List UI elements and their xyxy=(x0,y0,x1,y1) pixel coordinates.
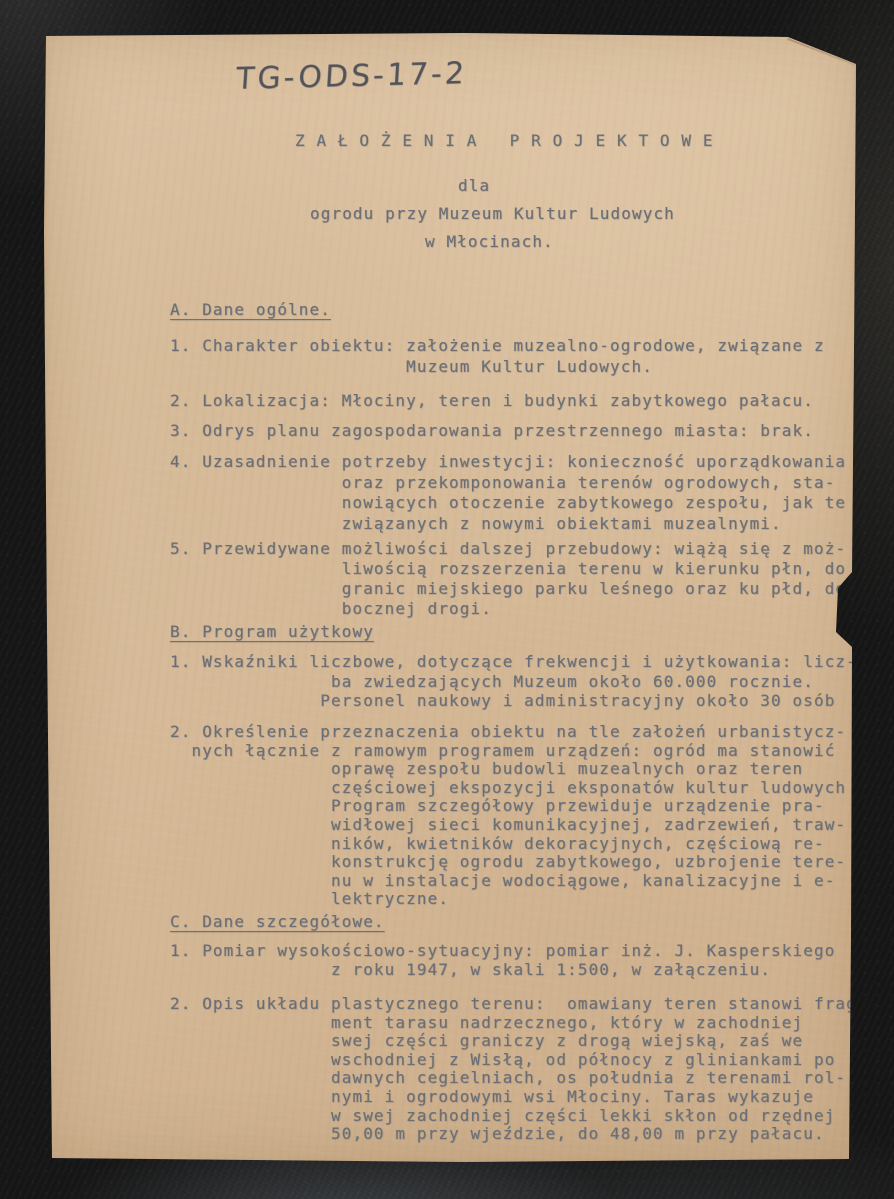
section-a-item-2: 2. Lokalizacja: Młociny, teren i budynki… xyxy=(170,391,814,410)
archival-reference-annotation: TG-ODS-17-2 xyxy=(235,56,468,97)
section-c-item-2: 2. Opis układu plastycznego terenu: omaw… xyxy=(170,995,857,1144)
title-preposition: dla xyxy=(458,176,490,195)
section-c-item-1: 1. Pomiar wysokościowo-sytuacyjny: pomia… xyxy=(170,941,835,979)
section-a-item-4: 4. Uzasadnienie potrzeby inwestycji: kon… xyxy=(170,452,846,534)
section-a-heading: A. Dane ogólne. xyxy=(170,300,331,319)
section-c-heading: C. Dane szczegółowe. xyxy=(170,912,385,931)
title-subject: ogrodu przy Muzeum Kultur Ludowych xyxy=(310,204,675,223)
title-place: w Młocinach. xyxy=(425,232,554,251)
section-b-item-2: 2. Określenie przeznaczenia obiektu na t… xyxy=(170,723,846,909)
section-b-item-1: 1. Wskaźniki liczbowe, dotyczące frekwen… xyxy=(170,652,857,711)
section-a-item-3: 3. Odrys planu zagospodarowania przestrz… xyxy=(170,421,814,440)
section-b-heading: B. Program użytkowy xyxy=(170,622,374,641)
scanned-document-view: { "palette": { "paper": "#d8bd9c", "ink"… xyxy=(0,0,894,1199)
document-title: Z A Ł O Ż E N I A P R O J E K T O W E xyxy=(295,131,714,150)
section-a-item-1: 1. Charakter obiektu: założenie muzealno… xyxy=(170,335,825,377)
section-a-item-5: 5. Przewidywane możliwości dalszej przeb… xyxy=(170,539,846,619)
document-page: TG-ODS-17-2 Z A Ł O Ż E N I A P R O J E … xyxy=(44,31,857,1164)
